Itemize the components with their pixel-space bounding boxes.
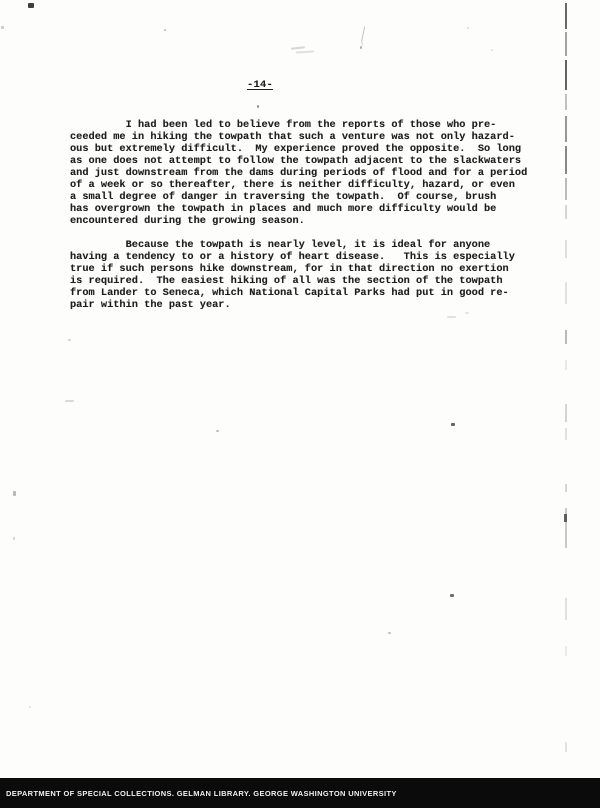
text-line: from Lander to Seneca, which National Ca…: [70, 287, 527, 299]
scan-artifact: [216, 430, 219, 432]
edge-streak-segment: [565, 32, 567, 56]
text-line: Because the towpath is nearly level, it …: [70, 239, 527, 251]
edge-streak-segment: [565, 94, 567, 110]
scan-artifact: [296, 50, 314, 53]
scan-artifact: [291, 46, 305, 49]
scan-artifact: [257, 105, 259, 108]
scan-artifact: [1, 26, 4, 29]
paragraph-2: Because the towpath is nearly level, it …: [70, 239, 527, 311]
scan-artifact: [29, 706, 31, 708]
text-line: pair within the past year.: [70, 299, 527, 311]
text-line: and just downstream from the dams during…: [70, 167, 527, 179]
scan-artifact: [491, 49, 493, 51]
scan-artifact: [13, 491, 16, 496]
scan-artifact: [13, 537, 15, 540]
text-line: I had been led to believe from the repor…: [70, 119, 527, 131]
edge-streak-segment: [564, 514, 567, 522]
document-body: I had been led to believe from the repor…: [70, 119, 527, 311]
scan-artifact: [447, 316, 456, 318]
scan-artifact: [164, 29, 166, 31]
scan-artifact: [388, 632, 391, 634]
edge-streak-segment: [565, 282, 567, 304]
scan-artifact: [451, 423, 455, 426]
edge-streak-segment: [565, 646, 567, 656]
scan-artifact: [450, 594, 454, 597]
scan-artifact: [360, 26, 372, 47]
footer-text: DEPARTMENT OF SPECIAL COLLECTIONS. GELMA…: [0, 789, 397, 798]
edge-streak-segment: [565, 404, 567, 422]
edge-streak-segment: [565, 330, 567, 344]
scan-artifact: [467, 27, 469, 29]
edge-streak-segment: [565, 60, 567, 90]
edge-streak-segment: [565, 360, 567, 370]
text-line: has overgrown the towpath in places and …: [70, 203, 527, 215]
scan-artifact: [65, 400, 74, 402]
text-line: is required. The easiest hiking of all w…: [70, 275, 527, 287]
text-line: encountered during the growing season.: [70, 215, 527, 227]
text-line: as one does not attempt to follow the to…: [70, 155, 527, 167]
scan-artifact: [465, 312, 469, 314]
text-line: true if such persons hike downstream, fo…: [70, 263, 527, 275]
page-number: -14-: [247, 79, 273, 91]
edge-streak-segment: [565, 484, 567, 492]
text-line: ous but extremely difficult. My experien…: [70, 143, 527, 155]
edge-streak-segment: [565, 598, 567, 620]
edge-streak-segment: [565, 146, 567, 174]
text-line: having a tendency to or a history of hea…: [70, 251, 527, 263]
text-line: of a week or so thereafter, there is nei…: [70, 179, 527, 191]
edge-streak-segment: [565, 3, 567, 29]
edge-streak-segment: [565, 428, 567, 440]
text-line: ceeded me in hiking the towpath that suc…: [70, 131, 527, 143]
edge-streak-segment: [565, 742, 567, 752]
edge-streak-segment: [565, 240, 567, 258]
scan-artifact: [28, 3, 34, 8]
scanned-document-page: -14- I had been led to believe from the …: [0, 0, 600, 808]
edge-streak-segment: [565, 178, 567, 200]
text-line: a small degree of danger in traversing t…: [70, 191, 527, 203]
footer-bar: DEPARTMENT OF SPECIAL COLLECTIONS. GELMA…: [0, 778, 600, 808]
edge-streak-segment: [565, 205, 567, 219]
scan-artifact: [68, 339, 71, 341]
paragraph-1: I had been led to believe from the repor…: [70, 119, 527, 227]
scan-artifact: [360, 46, 362, 49]
edge-streak-segment: [565, 116, 567, 142]
